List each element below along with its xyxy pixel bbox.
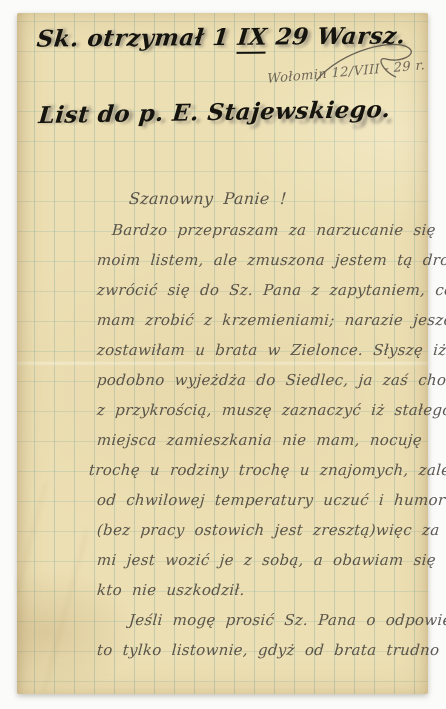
letter-line: mam zrobić z krzemieniami; narazie jeszc… [96,311,446,329]
letter-line: od chwilowej temperatury uczuć i humoru [96,491,446,509]
letter-line: trochę u rodziny trochę u znajomych, zal… [88,461,446,479]
letter-line: Bardzo przepraszam za narzucanie się [111,221,436,239]
received-note-prefix: Sk. otrzymał 1 [36,24,239,53]
received-note-underlined-month: IX [236,24,269,54]
scanned-letter: Sk. otrzymał 1 IX 29 Warsz. Sk. otrzymał… [0,0,446,709]
letter-line: zostawiłam u brata w Zielonce. Słyszę iż… [96,341,446,359]
letter-line: mi jest wozić je z sobą, a obawiam się a… [96,551,446,569]
letter-line: kto nie uszkodził. [96,581,245,599]
letter-line: moim listem, ale zmuszona jestem tą drog… [96,251,446,269]
letter-line: z przykrością, muszę zaznaczyć iż stałeg… [96,401,446,419]
letter-paper: Sk. otrzymał 1 IX 29 Warsz. Sk. otrzymał… [17,13,428,694]
letter-line: Jeśli mogę prosić Sz. Pana o odpowiedź, [128,611,446,629]
letter-line: miejsca zamieszkania nie mam, nocuję [96,431,422,449]
letter-line: zwrócić się do Sz. Pana z zapytaniem, co [96,281,446,299]
letter-line: to tylko listownie, gdyż od brata trudno [96,641,440,659]
letter-line: podobno wyjeżdża do Siedlec, ja zaś choć [96,371,446,389]
letter-line: (bez pracy ostowich jest zresztą)więc za… [96,521,446,539]
paper-crease [17,483,87,693]
salutation: Szanowny Panie ! [128,189,287,208]
